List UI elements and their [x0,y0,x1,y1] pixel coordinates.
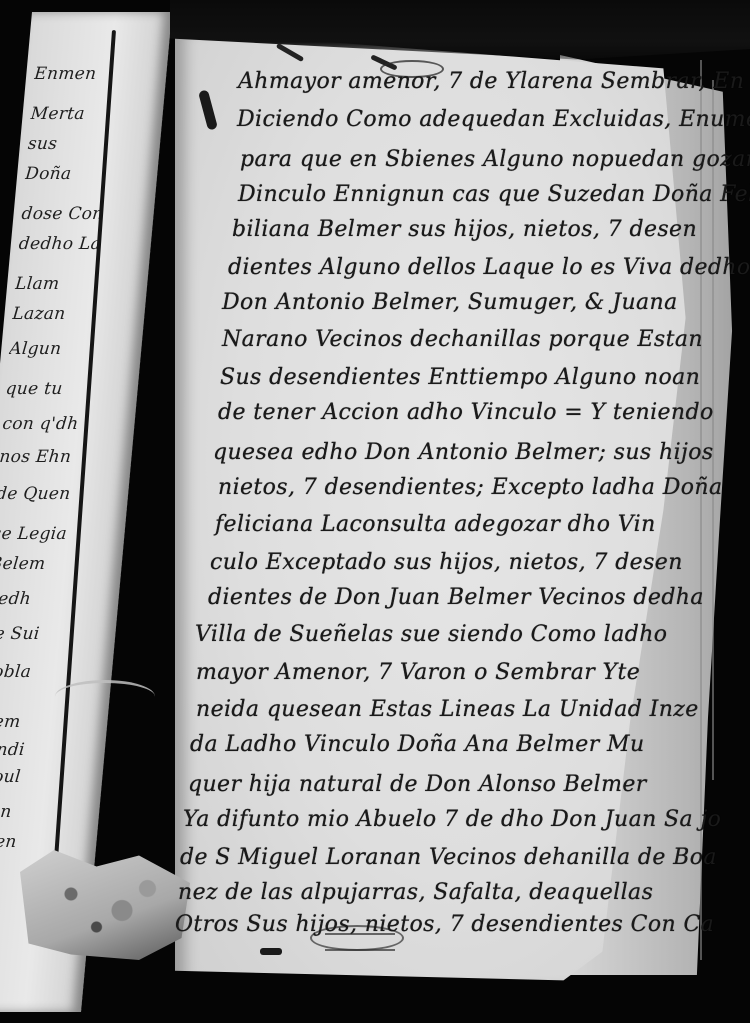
manuscript-line: Villa de Sueñelas sue siendo Como ladho [195,615,667,655]
left-fragment: Ynen [0,802,88,822]
manuscript-line: mayor Amenor, 7 Varon o Sembrar Yte [196,653,640,693]
left-fragment: Enmen [33,64,155,84]
manuscript-line: Ya difunto mio Abuelo 7 de dho Don Juan … [183,800,721,840]
manuscript-line: Don Antonio Belmer, Sumuger, & Juana [222,283,678,323]
manuscript-line: Otros Sus hijos, nietos, 7 desendientes … [175,905,714,945]
left-fragment: Algun [8,339,130,359]
manuscript-scan: Enmen Merta sus Doña dose Con dedho La L… [0,0,750,1023]
left-fragment: nos Ehn [0,447,120,467]
manuscript-line: Diciendo Como adequedan Excluidas, Enume… [237,100,750,140]
manuscript-line: feliciana Laconsulta adegozar dho Vin [215,505,656,545]
manuscript-line: da Ladho Vinculo Doña Ana Belmer Mu [190,725,645,765]
manuscript-line: biliana Belmer sus hijos, nietos, 7 dese… [232,210,697,250]
manuscript-line: de S Miguel Loranan Vecinos dehanilla de… [180,838,717,878]
manuscript-line: dientes Alguno dellos Laque lo es Viva d… [228,248,750,288]
left-fragment: Alem [0,712,96,732]
manuscript-line: para que en Sbienes Alguno nopuedan goza… [240,140,750,180]
manuscript-line: quer hija natural de Don Alonso Belmer [188,765,647,805]
manuscript-line: dientes de Don Juan Belmer Vecinos dedha [208,578,704,618]
left-fragment: dose Con [21,204,143,224]
manuscript-line: quesea edho Don Antonio Belmer; sus hijo… [213,433,714,473]
manuscript-line: culo Exceptado sus hijos, nietos, 7 dese… [210,543,683,583]
left-fragment: Ynoul [0,767,91,787]
manuscript-line: Ahmayor amenor, 7 de Ylarena Sembrar, En [238,62,744,102]
left-fragment: Belem [0,554,111,574]
ink-blot [260,948,282,955]
left-fragment: que tu [5,379,127,399]
manuscript-line: Narano Vecinos dechanillas porque Estan [222,320,703,360]
manuscript-line: Sus desendientes Enttiempo Alguno noan [220,358,700,398]
torn-corner-damage [20,850,190,960]
left-fragment: dedho La [18,234,140,254]
left-fragment: Merta [30,104,152,124]
left-fragment: Cobla [0,662,101,682]
manuscript-line: neida quesean Estas Lineas La Unidad Inz… [196,690,699,730]
left-fragment: Llam [14,274,136,294]
left-fragment: Candi [0,740,94,760]
left-fragment: sus [27,134,149,154]
left-fragment: Ledh [0,589,107,609]
manuscript-line: de tener Accion adho Vinculo = Y teniend… [218,393,714,433]
manuscript-line: Dinculo Ennignun cas que Suzedan Doña Fe… [238,175,750,215]
binding-knot [55,680,155,713]
left-fragment: Lazan [12,304,134,324]
left-fragment: se Legia [0,524,113,544]
left-fragment: de Quen [0,484,117,504]
manuscript-line: nietos, 7 desendientes; Excepto ladha Do… [218,468,722,508]
left-fragment: de Sui [0,624,104,644]
left-fragment: Doña [24,164,146,184]
left-fragment: con q'dh [2,414,124,434]
left-fragment: desen [0,832,85,852]
